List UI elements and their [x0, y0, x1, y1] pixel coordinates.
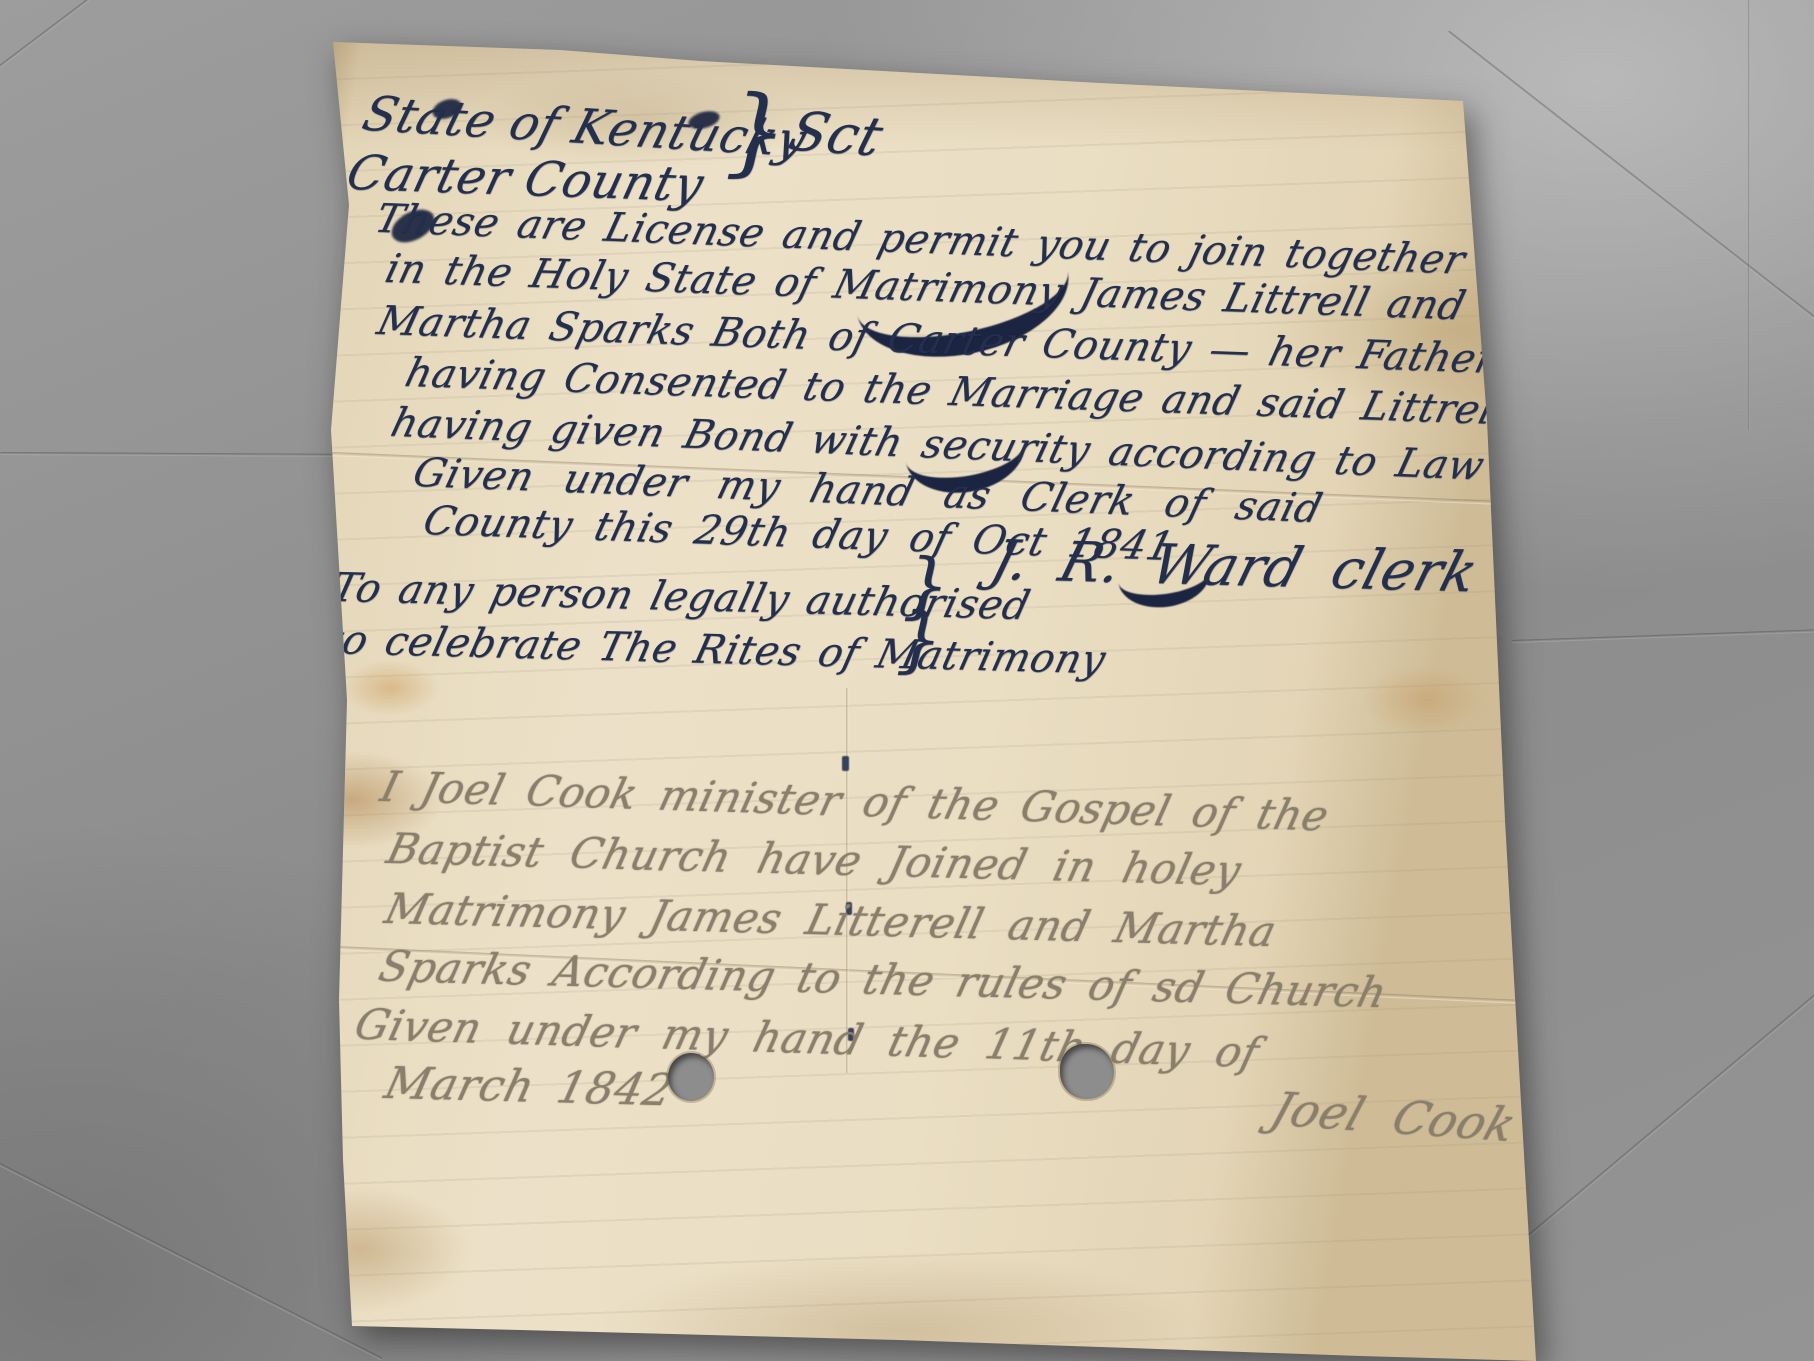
- brace-flourish-icon: }: [895, 596, 944, 682]
- clerk-signature: J. R. Ward clerk: [984, 528, 1485, 604]
- paper-shadow-wrap: State of Kentucky Carter County } Sct Th…: [0, 0, 1814, 1361]
- punch-hole: [1060, 1044, 1114, 1099]
- doc-line-sct: Sct: [782, 100, 890, 168]
- document-paper: State of Kentucky Carter County } Sct Th…: [0, 0, 1814, 1361]
- ink-mark: [842, 756, 849, 771]
- brace-flourish-icon: }: [724, 74, 789, 188]
- doc-line-minister: March 1842: [380, 1058, 678, 1116]
- punch-hole: [668, 1053, 714, 1101]
- photo-of-document: State of Kentucky Carter County } Sct Th…: [0, 0, 1814, 1361]
- minister-signature: Joel Cook: [1265, 1082, 1523, 1152]
- doc-line-minister: Baptist Church have Joined in holey: [382, 824, 1246, 895]
